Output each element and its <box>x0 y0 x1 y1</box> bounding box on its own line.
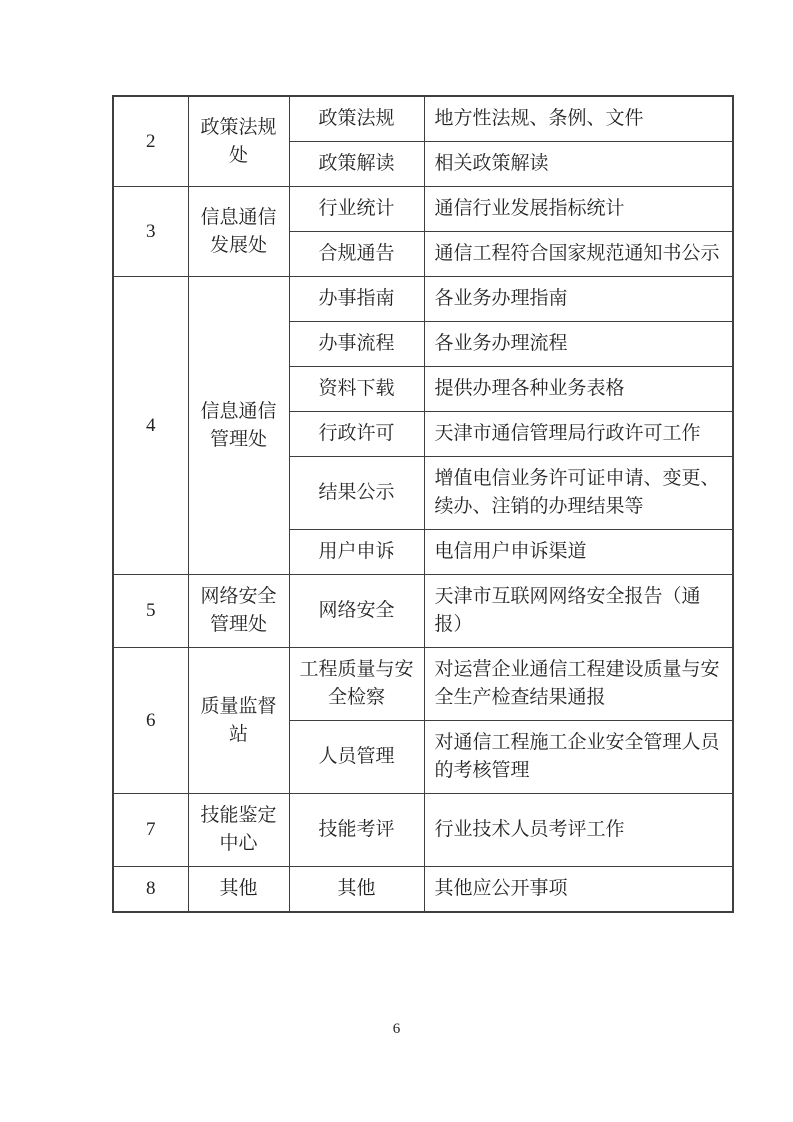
category-cell: 合规通告 <box>289 232 424 277</box>
row-number-cell: 7 <box>113 794 188 867</box>
content-cell: 提供办理各种业务表格 <box>424 367 733 412</box>
category-cell: 办事流程 <box>289 322 424 367</box>
table-body: 2政策法规处政策法规地方性法规、条例、文件政策解读相关政策解读3信息通信发展处行… <box>113 96 733 912</box>
department-cell: 政策法规处 <box>188 96 289 187</box>
content-cell: 增值电信业务许可证申请、变更、续办、注销的办理结果等 <box>424 457 733 530</box>
table-row: 7技能鉴定中心技能考评行业技术人员考评工作 <box>113 794 733 867</box>
category-cell: 其他 <box>289 867 424 913</box>
category-cell: 工程质量与安全检察 <box>289 648 424 721</box>
category-cell: 办事指南 <box>289 277 424 322</box>
department-cell: 信息通信发展处 <box>188 187 289 277</box>
content-cell: 通信行业发展指标统计 <box>424 187 733 232</box>
category-cell: 技能考评 <box>289 794 424 867</box>
row-number-cell: 5 <box>113 575 188 648</box>
info-disclosure-table: 2政策法规处政策法规地方性法规、条例、文件政策解读相关政策解读3信息通信发展处行… <box>112 95 734 913</box>
content-cell: 电信用户申诉渠道 <box>424 530 733 575</box>
table-row: 4信息通信管理处办事指南各业务办理指南 <box>113 277 733 322</box>
department-cell: 其他 <box>188 867 289 913</box>
document-page: 2政策法规处政策法规地方性法规、条例、文件政策解读相关政策解读3信息通信发展处行… <box>0 0 793 1122</box>
row-number-cell: 4 <box>113 277 188 575</box>
content-cell: 其他应公开事项 <box>424 867 733 913</box>
table-row: 5网络安全管理处网络安全天津市互联网网络安全报告（通报） <box>113 575 733 648</box>
table-row: 8其他其他其他应公开事项 <box>113 867 733 913</box>
content-cell: 对通信工程施工企业安全管理人员的考核管理 <box>424 721 733 794</box>
category-cell: 结果公示 <box>289 457 424 530</box>
category-cell: 网络安全 <box>289 575 424 648</box>
row-number-cell: 8 <box>113 867 188 913</box>
content-cell: 天津市通信管理局行政许可工作 <box>424 412 733 457</box>
content-cell: 各业务办理指南 <box>424 277 733 322</box>
row-number-cell: 3 <box>113 187 188 277</box>
category-cell: 人员管理 <box>289 721 424 794</box>
table-row: 2政策法规处政策法规地方性法规、条例、文件 <box>113 96 733 142</box>
category-cell: 政策法规 <box>289 96 424 142</box>
department-cell: 网络安全管理处 <box>188 575 289 648</box>
content-cell: 地方性法规、条例、文件 <box>424 96 733 142</box>
table-row: 3信息通信发展处行业统计通信行业发展指标统计 <box>113 187 733 232</box>
category-cell: 用户申诉 <box>289 530 424 575</box>
content-cell: 天津市互联网网络安全报告（通报） <box>424 575 733 648</box>
department-cell: 信息通信管理处 <box>188 277 289 575</box>
content-cell: 行业技术人员考评工作 <box>424 794 733 867</box>
category-cell: 行政许可 <box>289 412 424 457</box>
content-cell: 对运营企业通信工程建设质量与安全生产检查结果通报 <box>424 648 733 721</box>
department-cell: 质量监督站 <box>188 648 289 794</box>
row-number-cell: 2 <box>113 96 188 187</box>
page-number: 6 <box>0 1019 793 1039</box>
category-cell: 资料下载 <box>289 367 424 412</box>
content-cell: 通信工程符合国家规范通知书公示 <box>424 232 733 277</box>
content-cell: 各业务办理流程 <box>424 322 733 367</box>
table-row: 6质量监督站工程质量与安全检察对运营企业通信工程建设质量与安全生产检查结果通报 <box>113 648 733 721</box>
department-cell: 技能鉴定中心 <box>188 794 289 867</box>
category-cell: 行业统计 <box>289 187 424 232</box>
content-cell: 相关政策解读 <box>424 142 733 187</box>
row-number-cell: 6 <box>113 648 188 794</box>
category-cell: 政策解读 <box>289 142 424 187</box>
